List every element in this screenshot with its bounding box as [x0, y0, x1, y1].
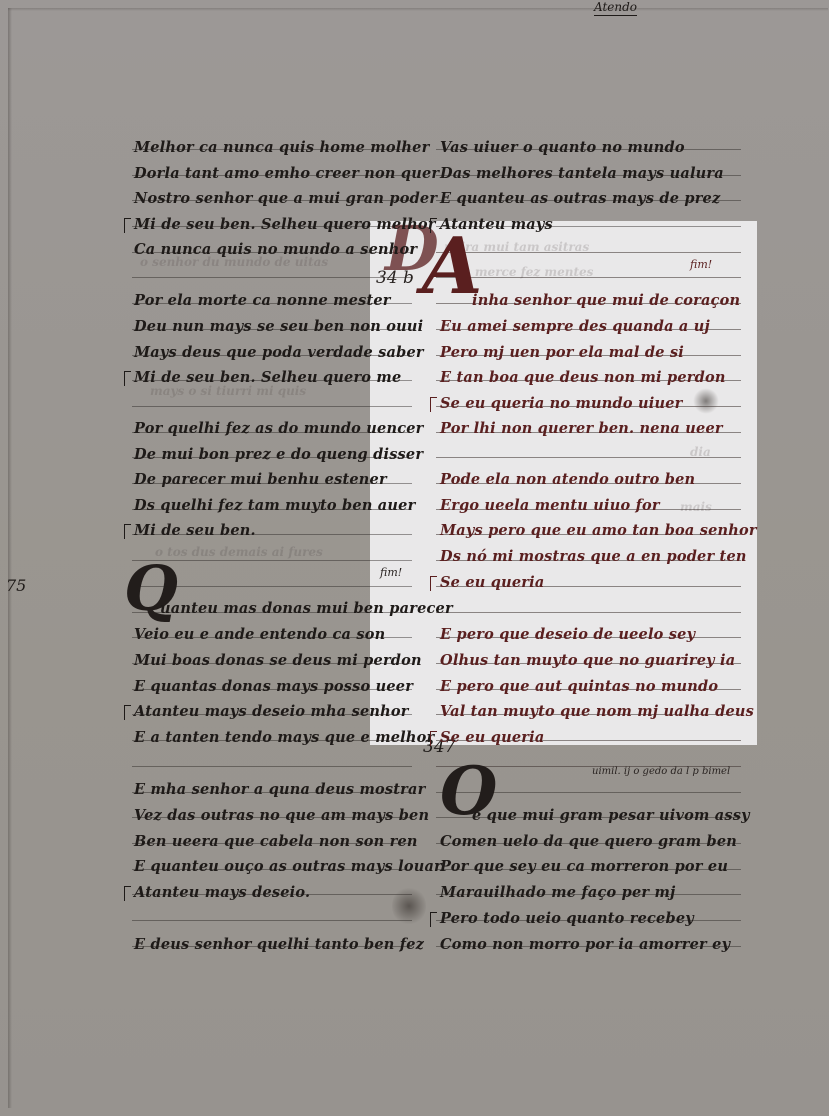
verse-line: Ca nunca quis no mundo a senhor — [134, 241, 417, 259]
verse-line: Ben ueera que cabela non son ren — [134, 833, 418, 851]
refrain-line: Atanteu mays deseio. — [134, 884, 310, 902]
verse-line: Pero mj uen por ela mal de si — [440, 344, 684, 362]
verse-line: Pode ela non atendo outro ben — [440, 471, 695, 489]
verse-line: Por quelhi fez as do mundo uencer — [134, 420, 424, 438]
margin-annotation: fim! — [690, 258, 712, 271]
verse-line: Mui boas donas se deus mi perdon — [134, 652, 422, 670]
verse-line: E quanteu ouço as outras mays louar — [134, 858, 442, 876]
refrain-line: Se eu queria — [440, 574, 544, 592]
refrain-marker — [430, 397, 437, 412]
verse-line: Mays deus que poda verdade saber — [134, 344, 424, 362]
verse-line: E tan boa que deus non mi perdon — [440, 369, 726, 387]
verse-line: Melhor ca nunca quis home molher — [134, 139, 429, 157]
verse-line: Por ela morte ca nonne mester — [134, 292, 391, 310]
refrain-line: Pero todo ueio quanto recebey — [440, 910, 694, 928]
verse-line: Vez das outras no que am mays ben — [134, 807, 429, 825]
ruling-line — [436, 457, 741, 458]
verse-line: De parecer mui benhu estener — [134, 471, 387, 489]
refrain-marker — [124, 886, 131, 901]
ink-stain — [693, 388, 719, 414]
verse-line: Das melhores tantela mays ualura — [440, 165, 724, 183]
refrain-marker — [124, 524, 131, 539]
verse-line: Comen uelo da que quero gram ben — [440, 833, 737, 851]
verse-line: De mui bon prez e do queng disser — [134, 446, 423, 464]
refrain-line: Atanteu mays — [440, 216, 553, 234]
refrain-marker — [430, 912, 437, 927]
verse-line: Como non morro por ia amorrer ey — [440, 936, 730, 954]
verse-line: E pero que aut quintas no mundo — [440, 678, 718, 696]
verse-line: Nostro senhor que a mui gran poder — [134, 190, 437, 208]
verse-line: E deus senhor quelhi tanto ben fez — [134, 936, 424, 954]
ruling-line — [132, 406, 412, 407]
verse-line: Deu nun mays se seu ben non ouui — [134, 318, 423, 336]
manuscript-page: Atendo ueira mui tam asitras na merce fe… — [0, 0, 829, 1116]
refrain-line: Se eu queria no mundo uiuer — [440, 395, 682, 413]
refrain-marker — [124, 371, 131, 386]
verse-line: Ds nó mi mostras que a en poder ten — [440, 548, 747, 566]
show-through-text: mais — [680, 500, 712, 514]
verse-line: uanteu mas donas mui ben parecer — [160, 600, 453, 618]
verse-line: Por lhi non querer ben. nena ueer — [440, 420, 723, 438]
verse-line: Mays pero que eu amo tan boa senhor — [440, 522, 757, 540]
refrain-line: Mi de seu ben. Selheu quero melhor — [134, 216, 436, 234]
refrain-line: Se eu queria — [440, 729, 544, 747]
refrain-marker — [430, 218, 437, 233]
ruling-line — [436, 612, 741, 613]
verse-line: Ergo ueela mentu uiuo for — [440, 497, 660, 515]
verse-line: Veio eu e ande entendo ca son — [134, 626, 385, 644]
verse-line: Ds quelhi fez tam muyto ben auer — [134, 497, 415, 515]
ruling-line — [132, 766, 412, 767]
refrain-line: Mi de seu ben. — [134, 522, 256, 540]
show-through-text: o tos dus demais ai fures — [155, 545, 323, 559]
verse-line: E pero que deseio de ueelo sey — [440, 626, 695, 644]
margin-annotation: uimil. ij o gedo da l p bimel — [592, 766, 730, 777]
page-top-edge — [8, 8, 828, 11]
verse-line: E a tanten tendo mays que e melhor — [134, 729, 434, 747]
refrain-line: Mi de seu ben. Selheu quero me — [134, 369, 401, 387]
verse-line: E quantas donas mays posso ueer — [134, 678, 413, 696]
verse-line: Marauilhado me faço per mj — [440, 884, 675, 902]
margin-number: 75 — [6, 576, 26, 595]
verse-line: Val tan muyto que nom mj ualha deus — [440, 703, 754, 721]
margin-annotation: fim! — [380, 566, 402, 579]
verse-line: Olhus tan muyto que no guarirey ia — [440, 652, 735, 670]
verse-line: Vas uiuer o quanto no mundo — [440, 139, 685, 157]
verse-line: Dorla tant amo emho creer non quer — [134, 165, 439, 183]
verse-line: Por que sey eu ca morreron por eu — [440, 858, 728, 876]
refrain-line: Atanteu mays deseio mha senhor — [134, 703, 409, 721]
verse-line: E mha senhor a quna deus mostrar — [134, 781, 425, 799]
ruling-line — [132, 920, 412, 921]
refrain-marker — [430, 731, 437, 746]
running-head: Atendo — [594, 0, 637, 16]
refrain-marker — [124, 218, 131, 233]
refrain-marker — [430, 576, 437, 591]
verse-line: inha senhor que mui de coraçon — [472, 292, 740, 310]
page-left-edge — [8, 8, 12, 1108]
verse-line: E quanteu as outras mays de prez — [440, 190, 720, 208]
refrain-marker — [124, 705, 131, 720]
verse-line: e que mui gram pesar uivom assy — [472, 807, 750, 825]
ruling-line — [132, 277, 412, 278]
verse-line: Eu amei sempre des quanda a uj — [440, 318, 710, 336]
